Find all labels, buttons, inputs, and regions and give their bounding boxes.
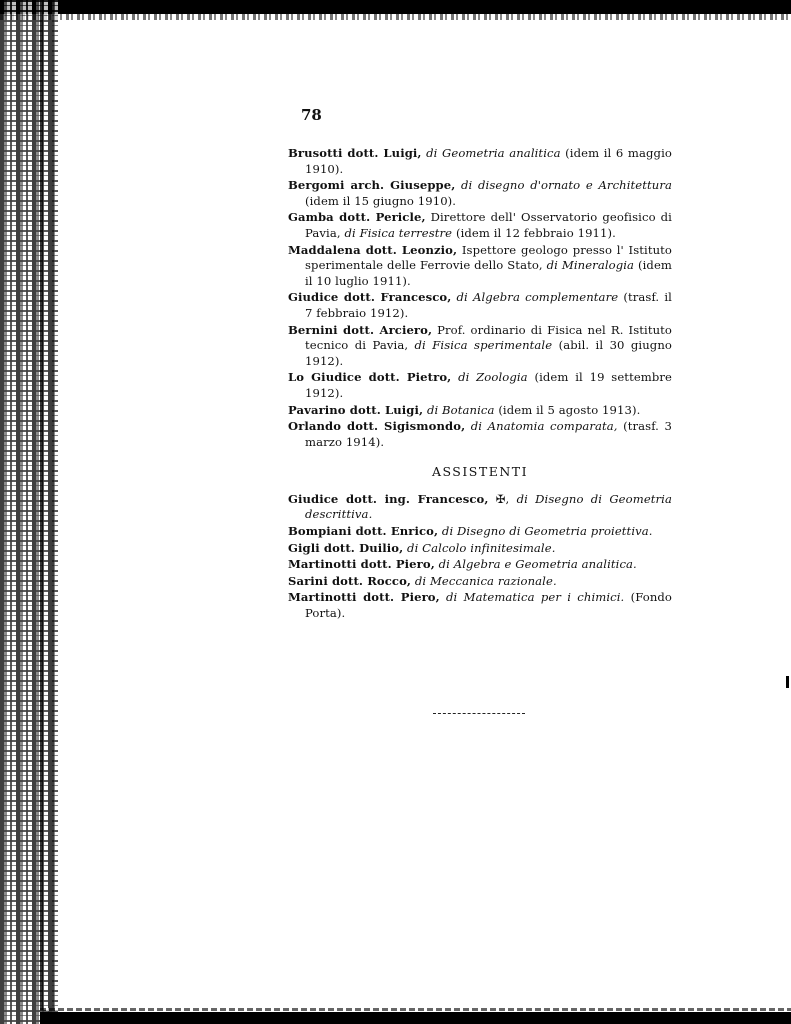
closing-rule	[433, 713, 525, 715]
scan-mark	[786, 676, 789, 688]
assistant-list: Giudice dott. ing. Francesco, ✠, di Dise…	[288, 492, 672, 622]
entry-name: Maddalena dott. Leonzio,	[288, 243, 457, 257]
entry-name: Brusotti dott. Luigi,	[288, 146, 422, 160]
list-entry: Lo Giudice dott. Pietro, di Zoologia (id…	[288, 370, 672, 401]
entry-subject: di Matematica per i chimici.	[446, 590, 624, 604]
entry-subject: di Zoologia	[458, 370, 528, 384]
entry-subject: di Mineralogia	[547, 258, 634, 272]
entry-name: Orlando dott. Sigismondo,	[288, 419, 465, 433]
entry-subject: di Fisica sperimentale	[415, 338, 553, 352]
entry-name: Lo Giudice dott. Pietro,	[288, 370, 451, 384]
scan-edge-line	[52, 0, 54, 1010]
list-entry: Sarini dott. Rocco, di Meccanica raziona…	[288, 574, 672, 590]
entry-name: Bompiani dott. Enrico,	[288, 524, 438, 538]
scan-edge-line	[40, 0, 43, 1010]
entry-name: Sarini dott. Rocco,	[288, 574, 411, 588]
entry-subject: di Algebra e Geometria analitica.	[439, 557, 637, 571]
list-entry: Martinotti dott. Piero, di Matematica pe…	[288, 590, 672, 621]
entry-name: Martinotti dott. Piero,	[288, 557, 435, 571]
list-entry: Bernini dott. Arciero, Prof. ordinario d…	[288, 323, 672, 370]
entry-detail: (idem il 5 agosto 1913).	[498, 403, 640, 417]
entry-detail: (idem il 15 giugno 1910).	[305, 194, 456, 208]
list-entry: Martinotti dott. Piero, di Algebra e Geo…	[288, 557, 672, 573]
entry-subject: di disegno d'ornato e Architettura	[461, 178, 672, 192]
list-entry: Pavarino dott. Luigi, di Botanica (idem …	[288, 403, 672, 419]
list-entry: Gamba dott. Pericle, Direttore dell' Oss…	[288, 210, 672, 241]
professor-list: Brusotti dott. Luigi, di Geometria anali…	[288, 146, 672, 450]
entry-subject: di Botanica	[427, 403, 495, 417]
list-entry: Brusotti dott. Luigi, di Geometria anali…	[288, 146, 672, 177]
entry-name: Gamba dott. Pericle,	[288, 210, 426, 224]
list-entry: Maddalena dott. Leonzio, Ispettore geolo…	[288, 243, 672, 290]
entry-subject: di Calcolo infinitesimale.	[407, 541, 555, 555]
entry-subject: di Meccanica razionale.	[415, 574, 557, 588]
entry-name: Pavarino dott. Luigi,	[288, 403, 423, 417]
document-page: Brusotti dott. Luigi, di Geometria anali…	[288, 100, 672, 623]
entry-name: Martinotti dott. Piero,	[288, 590, 440, 604]
entry-pre: ✠,	[496, 492, 510, 506]
entry-detail: (idem il 12 febbraio 1911).	[456, 226, 616, 240]
list-entry: Bergomi arch. Giuseppe, di disegno d'orn…	[288, 178, 672, 209]
entry-subject: di Fisica terrestre	[344, 226, 452, 240]
entry-subject: di Geometria analitica	[426, 146, 561, 160]
list-entry: Orlando dott. Sigismondo, di Anatomia co…	[288, 419, 672, 450]
list-entry: Giudice dott. ing. Francesco, ✠, di Dise…	[288, 492, 672, 523]
list-entry: Bompiani dott. Enrico, di Disegno di Geo…	[288, 524, 672, 540]
list-entry: Gigli dott. Duilio, di Calcolo infinites…	[288, 541, 672, 557]
entry-name: Giudice dott. ing. Francesco,	[288, 492, 488, 506]
entry-name: Giudice dott. Francesco,	[288, 290, 451, 304]
section-title: ASSISTENTI	[288, 464, 672, 480]
entry-name: Gigli dott. Duilio,	[288, 541, 403, 555]
entry-subject: di Anatomia comparata,	[471, 419, 618, 433]
entry-name: Bergomi arch. Giuseppe,	[288, 178, 455, 192]
entry-subject: di Disegno di Geometria proiettiva.	[442, 524, 653, 538]
list-entry: Giudice dott. Francesco, di Algebra comp…	[288, 290, 672, 321]
entry-name: Bernini dott. Arciero,	[288, 323, 432, 337]
scan-border-top	[0, 0, 791, 14]
scan-border-bottom	[40, 1012, 791, 1024]
scan-border-left	[0, 0, 58, 1024]
entry-subject: di Algebra complementare	[457, 290, 619, 304]
